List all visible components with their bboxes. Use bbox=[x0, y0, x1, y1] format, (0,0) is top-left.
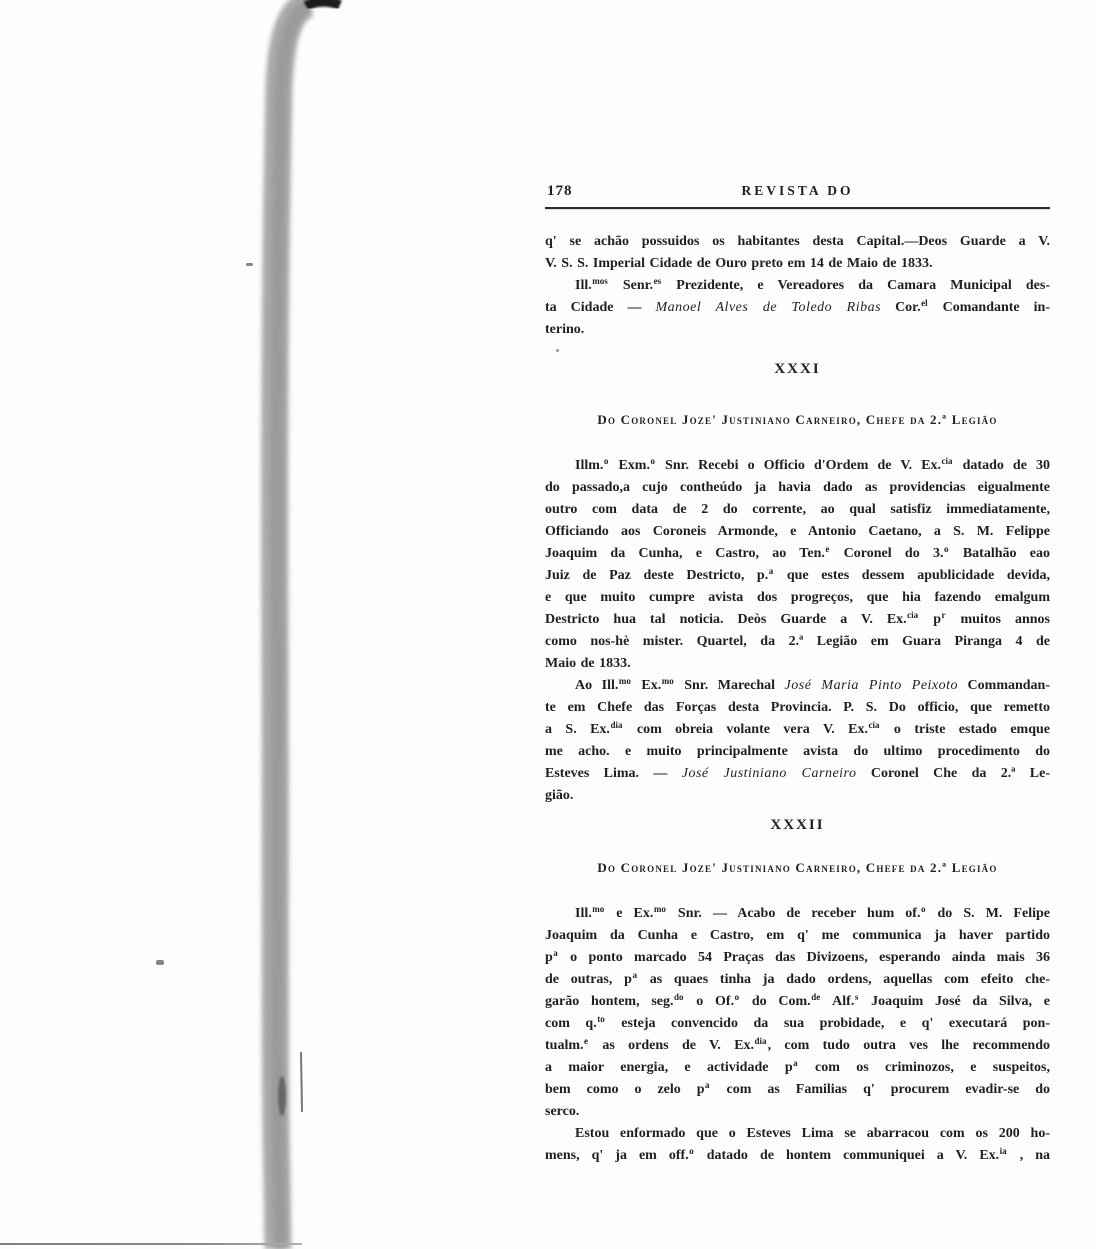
text-line: Esteves Lima. — José Justiniano Carneiro… bbox=[545, 763, 1050, 785]
superscript-abbreviation: a bbox=[705, 1080, 710, 1090]
superscript-abbreviation: o bbox=[735, 992, 740, 1002]
superscript-abbreviation: a bbox=[793, 1058, 798, 1068]
scan-smudge bbox=[278, 1076, 286, 1116]
superscript-abbreviation: cia bbox=[869, 720, 880, 730]
scan-edge-line bbox=[0, 1243, 302, 1245]
superscript-abbreviation: ia bbox=[1000, 1146, 1007, 1156]
text-line: e que muito cumpre avista dos progreços,… bbox=[545, 587, 1050, 609]
text-line: te em Chefe das Forças desta Provincia. … bbox=[545, 697, 1050, 719]
paragraph: Ill.mo e Ex.mo Snr. — Acabo de receber h… bbox=[545, 903, 1050, 1123]
text-line: Maio de 1833. bbox=[545, 653, 1050, 675]
text-line: pa o ponto marcado 54 Praças das Divizoe… bbox=[545, 947, 1050, 969]
text-line: Destricto hua tal noticia. Deòs Guarde a… bbox=[545, 609, 1050, 631]
text-line: com q.to esteja convencido da sua probid… bbox=[545, 1013, 1050, 1035]
text-line: Juiz de Paz deste Destricto, p.a que est… bbox=[545, 565, 1050, 587]
superscript-abbreviation: mo bbox=[619, 676, 631, 686]
text-line: V. S. S. Imperial Cidade de Ouro preto e… bbox=[545, 253, 1050, 275]
text-line: a S. Ex.dia com obreia volante vera V. E… bbox=[545, 719, 1050, 741]
text-line: tualm.e as ordens de V. Ex.dia, com tudo… bbox=[545, 1035, 1050, 1057]
superscript-abbreviation: a bbox=[769, 566, 774, 576]
page-number: 178 bbox=[547, 183, 573, 200]
text-line: Illm.o Exm.o Snr. Recebi o Officio d'Ord… bbox=[545, 455, 1050, 477]
text-line: serco. bbox=[545, 1101, 1050, 1123]
page-content: 178 REVISTA DO q' se achão possuidos os … bbox=[545, 183, 1050, 1167]
superscript-abbreviation: to bbox=[597, 1014, 605, 1024]
text-line: de outras, pa as quaes tinha ja dado ord… bbox=[545, 969, 1050, 991]
body-text: q' se achão possuidos os habitantes dest… bbox=[545, 231, 1050, 1167]
text-line: outro com data de 2 do corrente, ao qual… bbox=[545, 499, 1050, 521]
text-line: bem como o zelo pa com as Familias q' pr… bbox=[545, 1079, 1050, 1101]
spine-shadow-core bbox=[277, 6, 310, 1249]
page-header: 178 REVISTA DO bbox=[545, 183, 1050, 209]
section-number: XXXI bbox=[545, 359, 1050, 379]
text-line: me acho. e muito principalmente avista d… bbox=[545, 741, 1050, 763]
superscript-abbreviation: r bbox=[941, 610, 945, 620]
italic-name: José Justiniano Carneiro bbox=[682, 766, 857, 781]
scan-hairline bbox=[301, 1052, 302, 1112]
text-line: Estou enformado que o Esteves Lima se ab… bbox=[545, 1123, 1050, 1145]
superscript-abbreviation: o bbox=[921, 904, 926, 914]
superscript-abbreviation: cia bbox=[907, 610, 918, 620]
section-heading: Do Coronel Joze' Justiniano Carneiro, Ch… bbox=[545, 859, 1050, 877]
superscript-abbreviation: cia bbox=[942, 456, 953, 466]
superscript-abbreviation: e bbox=[584, 1036, 588, 1046]
superscript-abbreviation: do bbox=[674, 992, 684, 1002]
italic-name: José Maria Pinto Peixoto bbox=[785, 678, 959, 693]
running-title: REVISTA DO bbox=[545, 183, 1050, 199]
text-line: do passado,a cujo contheúdo ja havia dad… bbox=[545, 477, 1050, 499]
superscript-abbreviation: mo bbox=[662, 676, 674, 686]
superscript-abbreviation: e bbox=[825, 544, 829, 554]
text-line: Joaquim da Cunha, e Castro, ao Ten.e Cor… bbox=[545, 543, 1050, 565]
superscript-abbreviation: el bbox=[921, 298, 928, 308]
superscript-abbreviation: dia bbox=[755, 1036, 767, 1046]
text-line: mens, q' ja em off.o datado de hontem co… bbox=[545, 1145, 1050, 1167]
text-line: ta Cidade — Manoel Alves de Toledo Ribas… bbox=[545, 297, 1050, 319]
text-line: q' se achão possuidos os habitantes dest… bbox=[545, 231, 1050, 253]
text-line: gião. bbox=[545, 785, 1050, 807]
superscript-abbreviation: mo bbox=[654, 904, 666, 914]
superscript-abbreviation: o bbox=[944, 544, 949, 554]
text-line: como nos-hè mister. Quartel, da 2.ª Legi… bbox=[545, 631, 1050, 653]
superscript-abbreviation: dia bbox=[610, 720, 622, 730]
superscript-abbreviation: es bbox=[654, 276, 662, 286]
spine-dark-top-crease bbox=[306, 2, 340, 6]
text-line: Officiando aos Coroneis Armonde, e Anton… bbox=[545, 521, 1050, 543]
scan-speck bbox=[156, 960, 164, 965]
superscript-abbreviation: mos bbox=[592, 276, 608, 286]
superscript-abbreviation: mo bbox=[592, 904, 604, 914]
paragraph: Estou enformado que o Esteves Lima se ab… bbox=[545, 1123, 1050, 1167]
paragraph: q' se achão possuidos os habitantes dest… bbox=[545, 231, 1050, 341]
text-line: Joaquim da Cunha e Castro, em q' me comm… bbox=[545, 925, 1050, 947]
paragraph: Illm.o Exm.o Snr. Recebi o Officio d'Ord… bbox=[545, 455, 1050, 675]
superscript-abbreviation: o bbox=[689, 1146, 694, 1156]
superscript-abbreviation: a bbox=[553, 948, 558, 958]
superscript-abbreviation: o bbox=[604, 456, 609, 466]
section-heading: Do Coronel Joze' Justiniano Carneiro, Ch… bbox=[545, 411, 1050, 429]
section-number: XXXII bbox=[545, 815, 1050, 835]
superscript-abbreviation: a bbox=[632, 970, 637, 980]
paragraph: Ao Ill.mo Ex.mo Snr. Marechal José Maria… bbox=[545, 675, 1050, 807]
scanned-page: 178 REVISTA DO q' se achão possuidos os … bbox=[0, 0, 1096, 1249]
superscript-abbreviation: o bbox=[650, 456, 655, 466]
scan-speck bbox=[246, 263, 253, 266]
superscript-abbreviation: s bbox=[855, 992, 859, 1002]
italic-name: Manoel Alves de Toledo Ribas bbox=[655, 300, 881, 315]
text-line: Ill.mos Senr.es Prezidente, e Vereadores… bbox=[545, 275, 1050, 297]
text-line: Ill.mo e Ex.mo Snr. — Acabo de receber h… bbox=[545, 903, 1050, 925]
text-line: terino. bbox=[545, 319, 1050, 341]
superscript-abbreviation: de bbox=[811, 992, 820, 1002]
text-line: garão hontem, seg.do o Of.o do Com.de Al… bbox=[545, 991, 1050, 1013]
text-line: a maior energia, e actividade pa com os … bbox=[545, 1057, 1050, 1079]
text-line: Ao Ill.mo Ex.mo Snr. Marechal José Maria… bbox=[545, 675, 1050, 697]
book-spine-shadow bbox=[218, 0, 368, 1249]
